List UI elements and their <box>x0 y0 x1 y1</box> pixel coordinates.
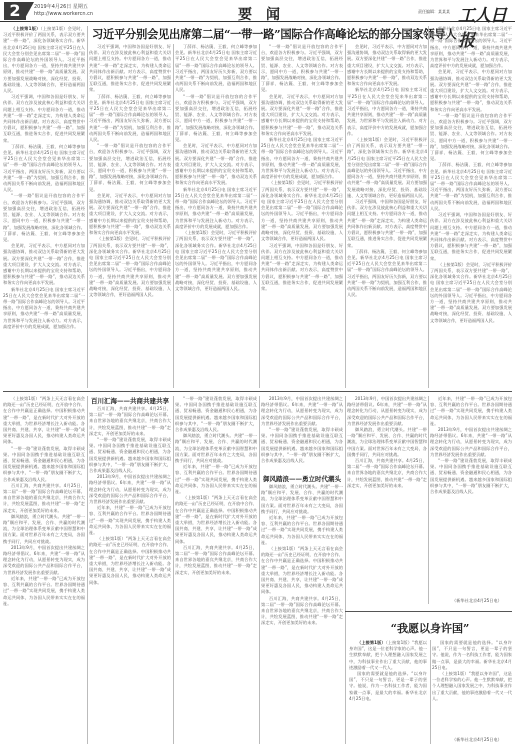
article-column-1: （上接第1版）（上接第1版）会见时，习近平积极评价了两国关系，表示双方要共建“一… <box>3 26 85 388</box>
lower-column-4a: 2013年9月，中国首次提出共建丝绸之路经济带倡议。6年来，共建“一带一路”从理… <box>261 396 343 472</box>
lower-column-4b: 御风踏浪，勇立时代潮头。共建“一带一路”顺应和平、发展、合作、共赢的时代潮流，为… <box>261 484 343 744</box>
column-divider <box>87 396 88 744</box>
column-divider <box>173 44 174 388</box>
page-number-tab-shape <box>24 2 34 20</box>
column-divider <box>259 44 260 388</box>
section-divider <box>3 391 512 392</box>
column-divider <box>87 26 88 388</box>
article-dateline: （新华社北京4月25日电） <box>452 598 502 604</box>
section-title: 要闻 <box>238 4 294 24</box>
column-divider <box>428 396 429 604</box>
lower-column-2: 百川汇海，共商共建共享。4月25日，第二届“一带一路”国际合作高峰论坛开幕。来自… <box>89 406 171 744</box>
page-number: 2 <box>4 2 26 20</box>
lower-column-5: 2013年9月，中国首次提出共建丝绸之路经济带倡议。6年来，共建“一带一路”从理… <box>347 396 427 604</box>
continued-tag: （上接第1版） <box>11 26 40 31</box>
lower-column-3: “一带一路”建设蓬勃发展，取得丰硕成果。中国同各国携手推进基础设施互联互通、贸易… <box>175 396 257 744</box>
feature-headline[interactable]: “我愿以身许国” <box>345 620 515 636</box>
column-divider <box>345 396 346 744</box>
article-column-3: 丁薛祥、杨洁篪、王毅、何立峰等参加会见。新华社北京4月25日电 国家主席习近平2… <box>175 44 257 388</box>
column-divider <box>173 396 174 744</box>
column-divider <box>428 26 429 388</box>
column-divider <box>259 396 260 744</box>
lead-headline[interactable]: 习近平分别会见出席第二届“一带一路”国际合作高峰论坛的部分国家领导人 <box>92 26 422 42</box>
feature-dateline: （新华社北京4月25日电） <box>452 737 502 743</box>
editor-credits: 责任编辑：某某某 <box>418 9 450 15</box>
column-divider <box>345 44 346 388</box>
subheadline-2[interactable]: 御风踏浪——勇立时代潮头 <box>261 474 343 483</box>
article-column-6: 新华社北京4月25日电 国家主席习近平25日在人民大会堂会见来华出席第二届“一带… <box>430 26 512 388</box>
issue-date: 2019年4月26日 星期五 <box>34 3 88 10</box>
feature-column-1: （上接第1版）（上接第1版）“我愿以身许国”，这是一位老科学家的心声。他一生默默… <box>349 640 427 744</box>
feature-column-2: 国家的需要就是他的选择。“以身许国”，不只是一句誓言，更是一辈子的坚守。他说，作… <box>432 640 512 734</box>
column-divider <box>430 640 431 744</box>
website-url[interactable]: http://www.workercn.cn <box>34 11 93 17</box>
lower-column-6: 近年来，共建“一带一路”已成为开放包容、互利共赢的合作平台。世界各国期待通过“一… <box>430 396 512 594</box>
feature-divider <box>345 611 512 612</box>
subheadline-1[interactable]: 百川汇海——共商共建共享 <box>89 396 171 405</box>
page-header: 2 2019年4月26日 星期五 http://www.workercn.cn … <box>0 0 515 22</box>
lower-column-1: （上接第1版）“两条上天无言看在高会的路还一亩”历史已经证明，在开放中合作、在合… <box>3 396 85 744</box>
article-column-2: 习近平强调，中国和各国是好朋友、好伙伴。双方在涉及彼此核心利益和重大关切问题上相… <box>89 44 171 388</box>
article-column-4: “一带一路”倡议是开放包容的合作平台，欢迎各方积极参与。习近平强调，双方要加强高… <box>261 44 343 388</box>
article-column-5: 会见时，习近平表示，中方愿同对方加强沟通协调，推动双边关系取得新的更大发展。双方… <box>347 44 427 388</box>
